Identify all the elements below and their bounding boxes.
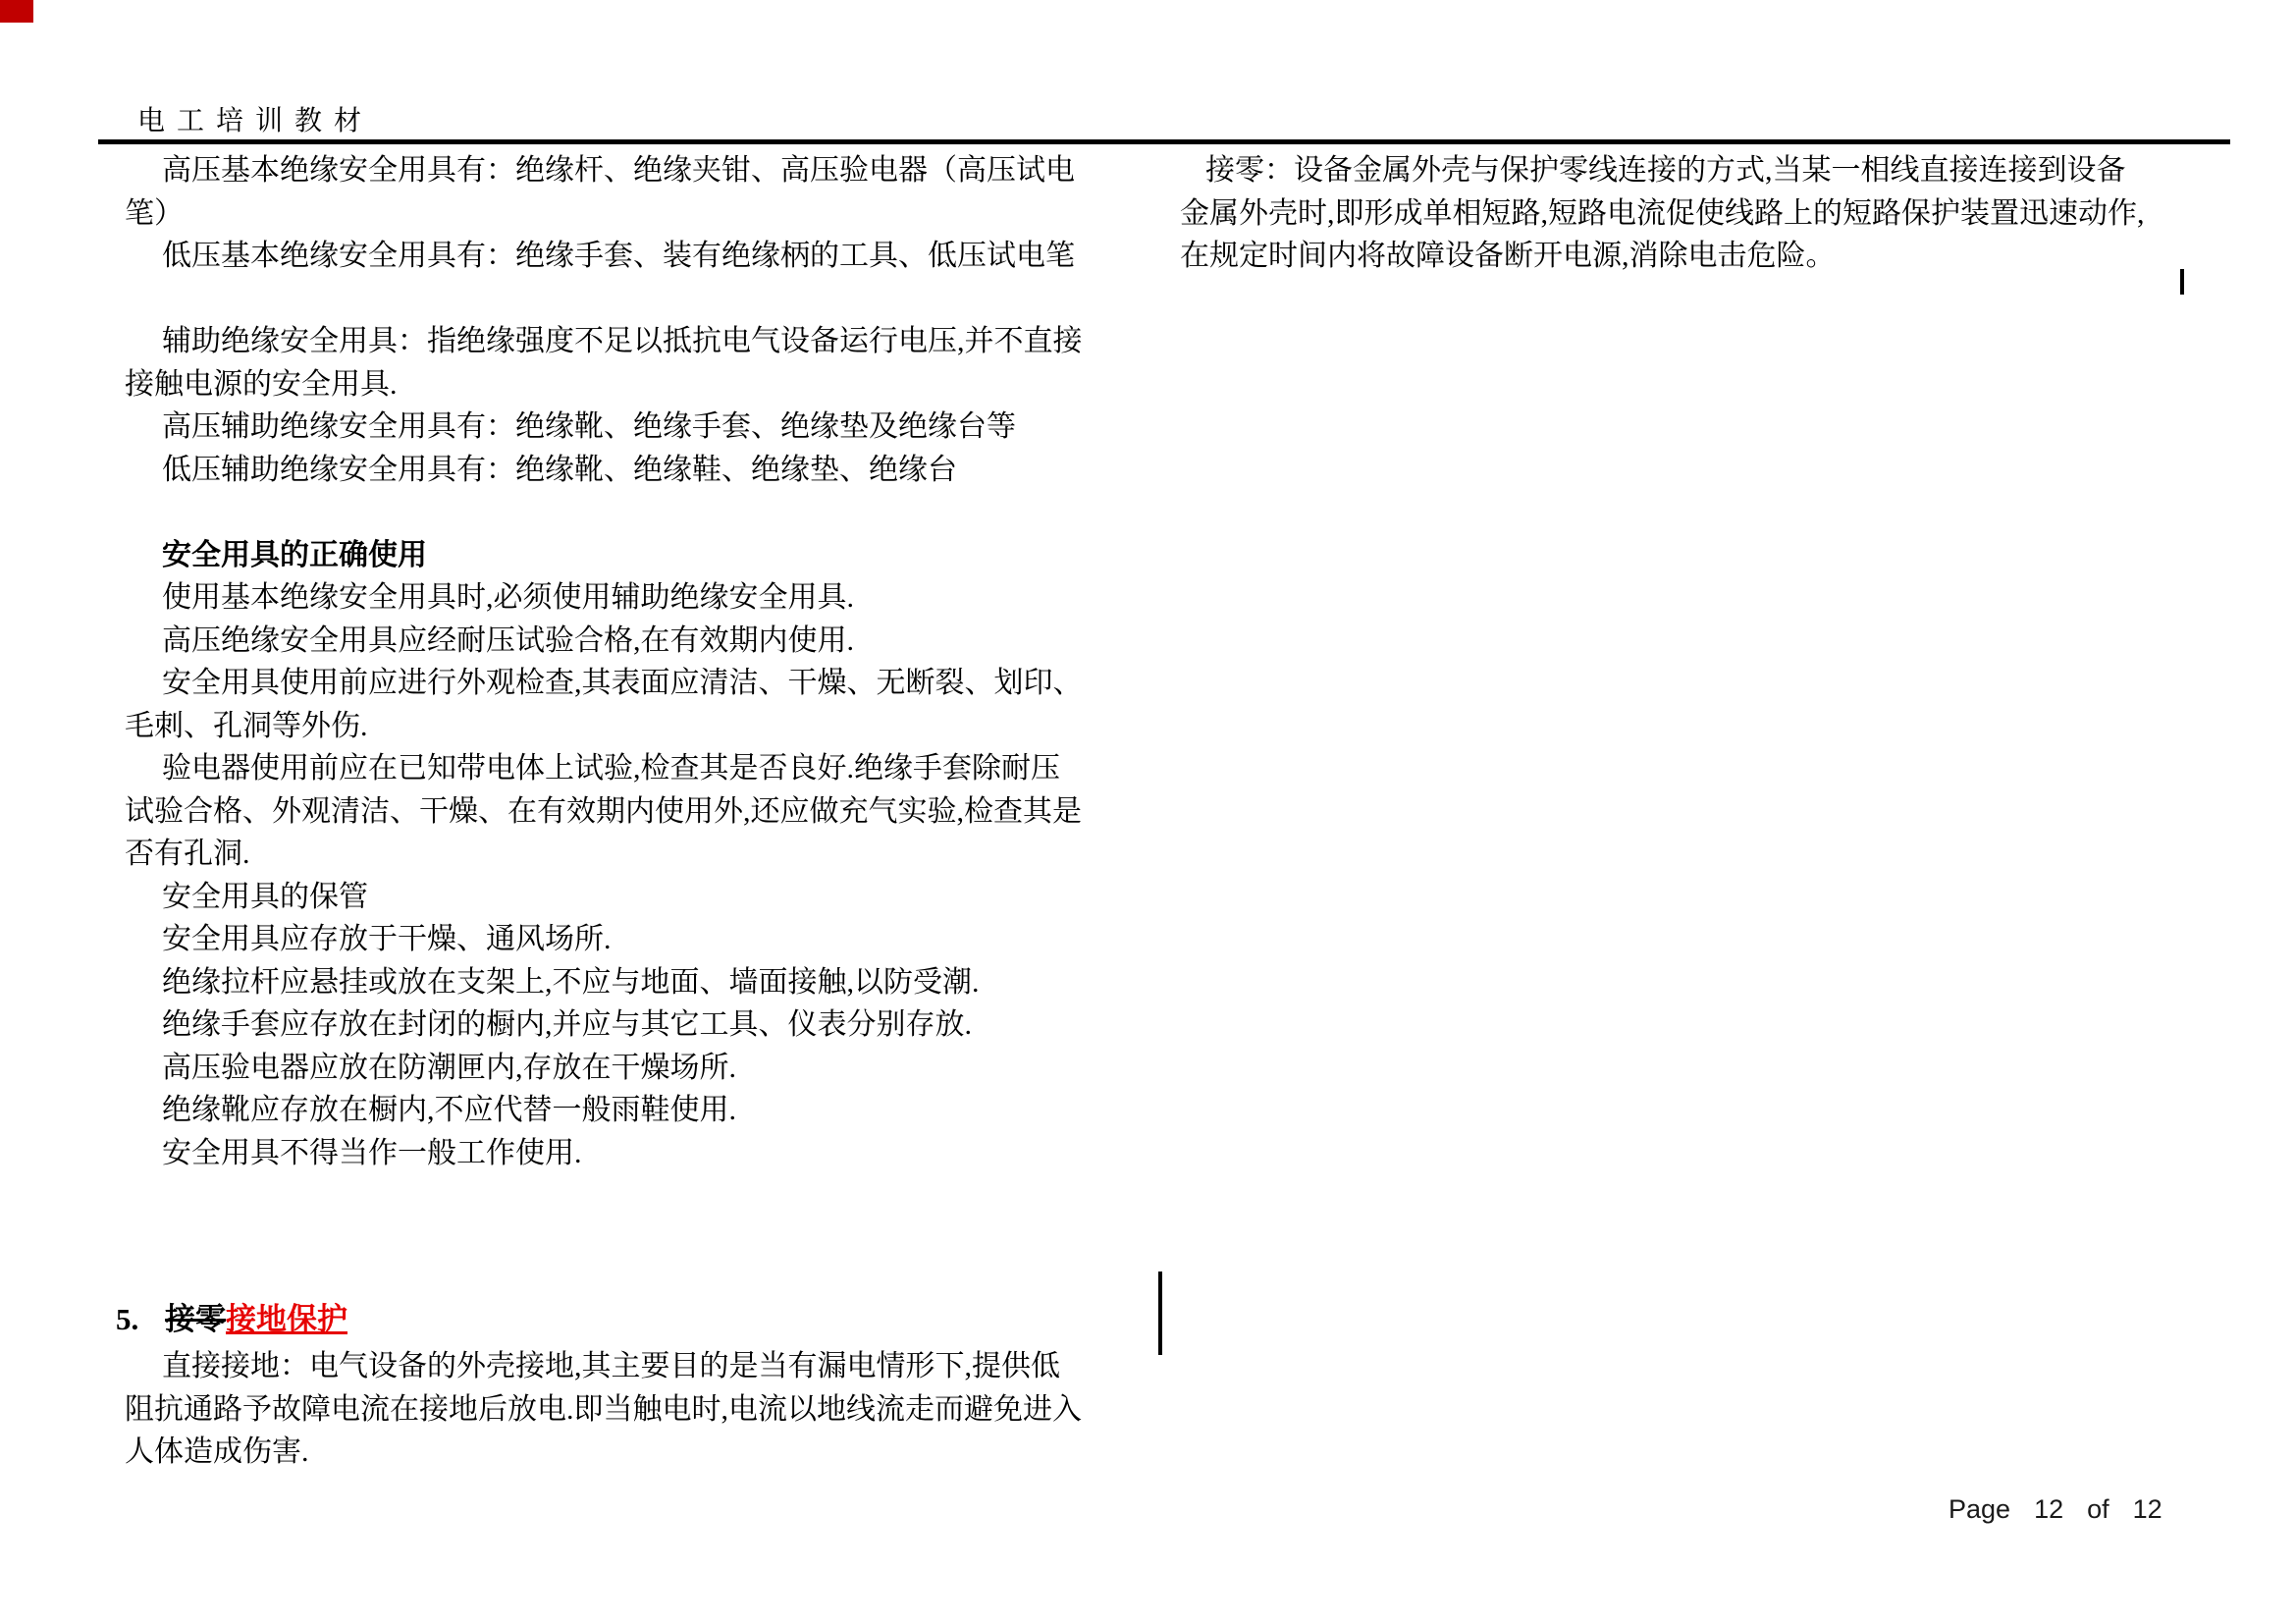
- text-line: 低压基本绝缘安全用具有：绝缘手套、装有绝缘柄的工具、低压试电笔: [125, 235, 1204, 278]
- section5-heading: 5.接零接地保护: [116, 1298, 347, 1341]
- blank-line: [125, 278, 1204, 321]
- scan-corner-mark: [0, 0, 33, 23]
- document-page: 电工培训教材 高压基本绝缘安全用具有：绝缘杆、绝缘夹钳、高压验电器（高压试电笔）…: [0, 0, 2296, 1624]
- header-rule: [98, 139, 2230, 144]
- left-column-text: 高压基本绝缘安全用具有：绝缘杆、绝缘夹钳、高压验电器（高压试电笔）低压基本绝缘安…: [125, 149, 1204, 1174]
- text-line: 直接接地：电气设备的外壳接地,其主要目的是当有漏电情形下,提供低: [125, 1345, 1204, 1388]
- text-line: 使用基本绝缘安全用具时,必须使用辅助绝缘安全用具.: [125, 576, 1204, 620]
- blank-line: [125, 491, 1204, 534]
- change-bar-right-margin: [2180, 269, 2184, 295]
- section5-inserted-text: 接地保护: [226, 1302, 347, 1336]
- text-line: 否有孔洞.: [125, 833, 1204, 876]
- text-line: 安全用具应存放于干燥、通风场所.: [125, 918, 1204, 961]
- right-column-text: 接零：设备金属外壳与保护零线连接的方式,当某一相线直接连接到设备金属外壳时,即形…: [1180, 149, 2269, 278]
- text-line: 辅助绝缘安全用具：指绝缘强度不足以抵抗电气设备运行电压,并不直接: [125, 320, 1204, 363]
- text-line: 安全用具使用前应进行外观检查,其表面应清洁、干燥、无断裂、划印、: [125, 662, 1204, 705]
- page-header: 电工培训教材: [137, 99, 373, 138]
- header-title: 电工培训教材: [137, 106, 373, 136]
- section5-paragraph: 直接接地：电气设备的外壳接地,其主要目的是当有漏电情形下,提供低阻抗通路予故障电…: [125, 1345, 1204, 1474]
- text-line: 人体造成伤害.: [125, 1431, 1204, 1474]
- text-line: 绝缘靴应存放在橱内,不应代替一般雨鞋使用.: [125, 1089, 1204, 1132]
- footer-of-label: of: [2087, 1494, 2109, 1524]
- text-line: 高压验电器应放在防潮匣内,存放在干燥场所.: [125, 1047, 1204, 1090]
- text-line: 高压绝缘安全用具应经耐压试验合格,在有效期内使用.: [125, 620, 1204, 663]
- footer-page-number: 12: [2034, 1494, 2063, 1524]
- page-footer: Page12of12: [1949, 1494, 2163, 1525]
- section5-number: 5.: [116, 1298, 165, 1341]
- text-line: 在规定时间内将故障设备断开电源,消除电击危险。: [1180, 235, 2269, 278]
- text-line: 安全用具不得当作一般工作使用.: [125, 1132, 1204, 1175]
- text-line: 阻抗通路予故障电流在接地后放电.即当触电时,电流以地线流走而避免进入: [125, 1388, 1204, 1432]
- text-line: 毛刺、孔洞等外伤.: [125, 705, 1204, 748]
- text-line: 笔）: [125, 192, 1204, 236]
- footer-page-total: 12: [2133, 1494, 2163, 1524]
- text-line: 绝缘手套应存放在封闭的橱内,并应与其它工具、仪表分别存放.: [125, 1003, 1204, 1047]
- text-line: 试验合格、外观清洁、干燥、在有效期内使用外,还应做充气实验,检查其是: [125, 790, 1204, 834]
- text-line: 安全用具的保管: [125, 876, 1204, 919]
- text-line: 高压辅助绝缘安全用具有：绝缘靴、绝缘手套、绝缘垫及绝缘台等: [125, 406, 1204, 449]
- text-line: 安全用具的正确使用: [125, 534, 1204, 577]
- text-line: 绝缘拉杆应悬挂或放在支架上,不应与地面、墙面接触,以防受潮.: [125, 961, 1204, 1004]
- change-bar-heading: [1158, 1272, 1162, 1355]
- footer-page-label: Page: [1949, 1494, 2010, 1524]
- text-line: 高压基本绝缘安全用具有：绝缘杆、绝缘夹钳、高压验电器（高压试电: [125, 149, 1204, 192]
- text-line: 接零：设备金属外壳与保护零线连接的方式,当某一相线直接连接到设备: [1180, 149, 2269, 192]
- text-line: 验电器使用前应在已知带电体上试验,检查其是否良好.绝缘手套除耐压: [125, 747, 1204, 790]
- section5-deleted-text: 接零: [165, 1302, 226, 1336]
- text-line: 接触电源的安全用具.: [125, 363, 1204, 406]
- text-line: 低压辅助绝缘安全用具有：绝缘靴、绝缘鞋、绝缘垫、绝缘台: [125, 449, 1204, 492]
- text-line: 金属外壳时,即形成单相短路,短路电流促使线路上的短路保护装置迅速动作,: [1180, 192, 2269, 236]
